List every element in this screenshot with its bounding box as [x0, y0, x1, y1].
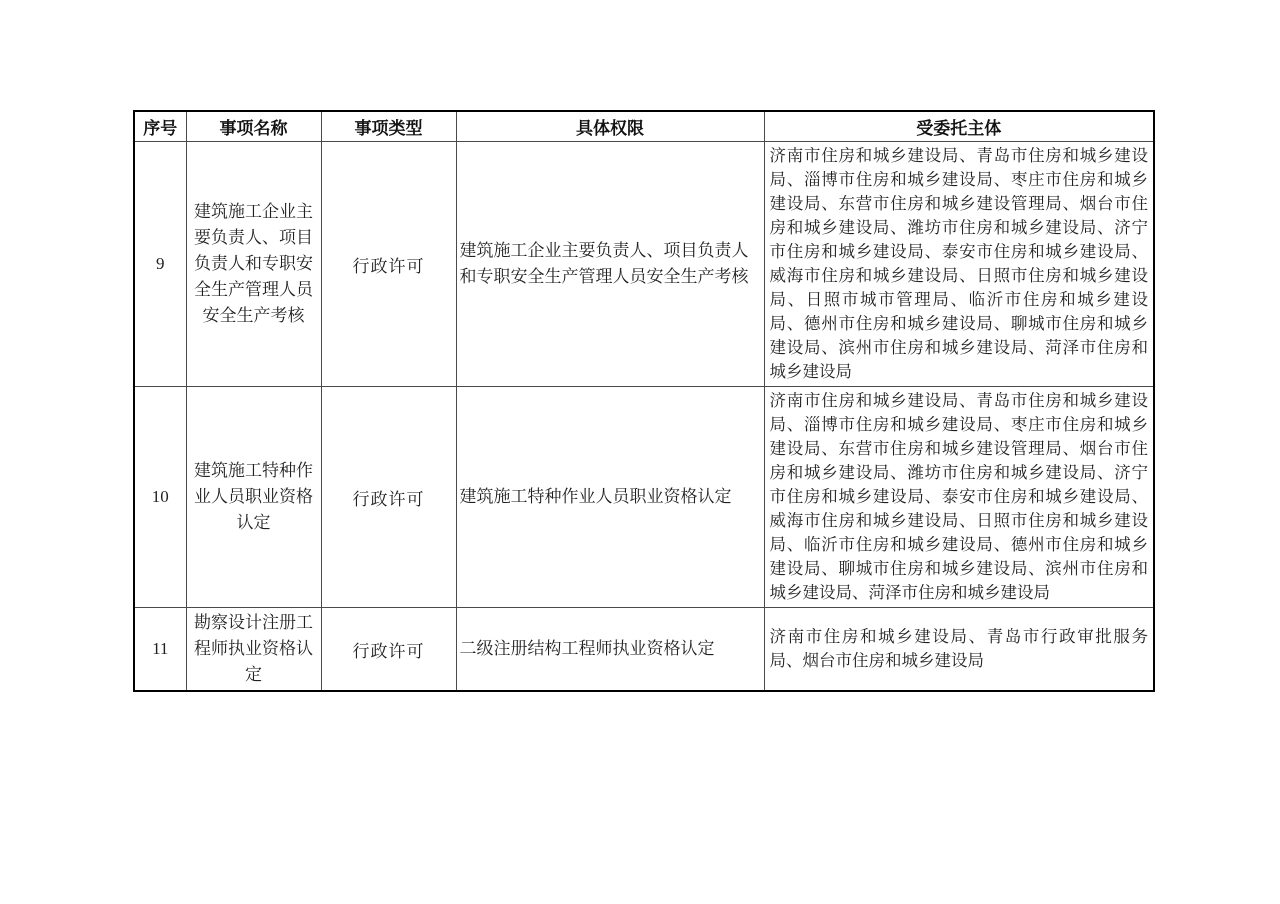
item-type-cell: 行政许可	[321, 387, 456, 608]
item-name-cell: 勘察设计注册工程师执业资格认定	[186, 608, 321, 692]
column-header-item-name: 事项名称	[186, 111, 321, 142]
entrusted-entity-cell: 济南市住房和城乡建设局、青岛市行政审批服务局、烟台市住房和城乡建设局	[764, 608, 1154, 692]
authority-cell: 建筑施工企业主要负责人、项目负责人和专职安全生产管理人员安全生产考核	[456, 142, 764, 387]
table-row: 9 建筑施工企业主要负责人、项目负责人和专职安全生产管理人员安全生产考核 行政许…	[134, 142, 1154, 387]
item-name-cell: 建筑施工企业主要负责人、项目负责人和专职安全生产管理人员安全生产考核	[186, 142, 321, 387]
column-header-index: 序号	[134, 111, 186, 142]
table-row: 10 建筑施工特种作业人员职业资格认定 行政许可 建筑施工特种作业人员职业资格认…	[134, 387, 1154, 608]
table-header-row: 序号 事项名称 事项类型 具体权限 受委托主体	[134, 111, 1154, 142]
document-page: 序号 事项名称 事项类型 具体权限 受委托主体 9 建筑施工企业主要负责人、项目…	[0, 0, 1280, 904]
row-index: 9	[134, 142, 186, 387]
authority-cell: 建筑施工特种作业人员职业资格认定	[456, 387, 764, 608]
authority-cell: 二级注册结构工程师执业资格认定	[456, 608, 764, 692]
item-type-cell: 行政许可	[321, 142, 456, 387]
row-index: 11	[134, 608, 186, 692]
column-header-authority: 具体权限	[456, 111, 764, 142]
table-row: 11 勘察设计注册工程师执业资格认定 行政许可 二级注册结构工程师执业资格认定 …	[134, 608, 1154, 692]
item-type-cell: 行政许可	[321, 608, 456, 692]
entrusted-entity-cell: 济南市住房和城乡建设局、青岛市住房和城乡建设局、淄博市住房和城乡建设局、枣庄市住…	[764, 142, 1154, 387]
column-header-entrusted-entity: 受委托主体	[764, 111, 1154, 142]
row-index: 10	[134, 387, 186, 608]
delegation-table: 序号 事项名称 事项类型 具体权限 受委托主体 9 建筑施工企业主要负责人、项目…	[133, 110, 1155, 692]
item-name-cell: 建筑施工特种作业人员职业资格认定	[186, 387, 321, 608]
entrusted-entity-cell: 济南市住房和城乡建设局、青岛市住房和城乡建设局、淄博市住房和城乡建设局、枣庄市住…	[764, 387, 1154, 608]
column-header-item-type: 事项类型	[321, 111, 456, 142]
